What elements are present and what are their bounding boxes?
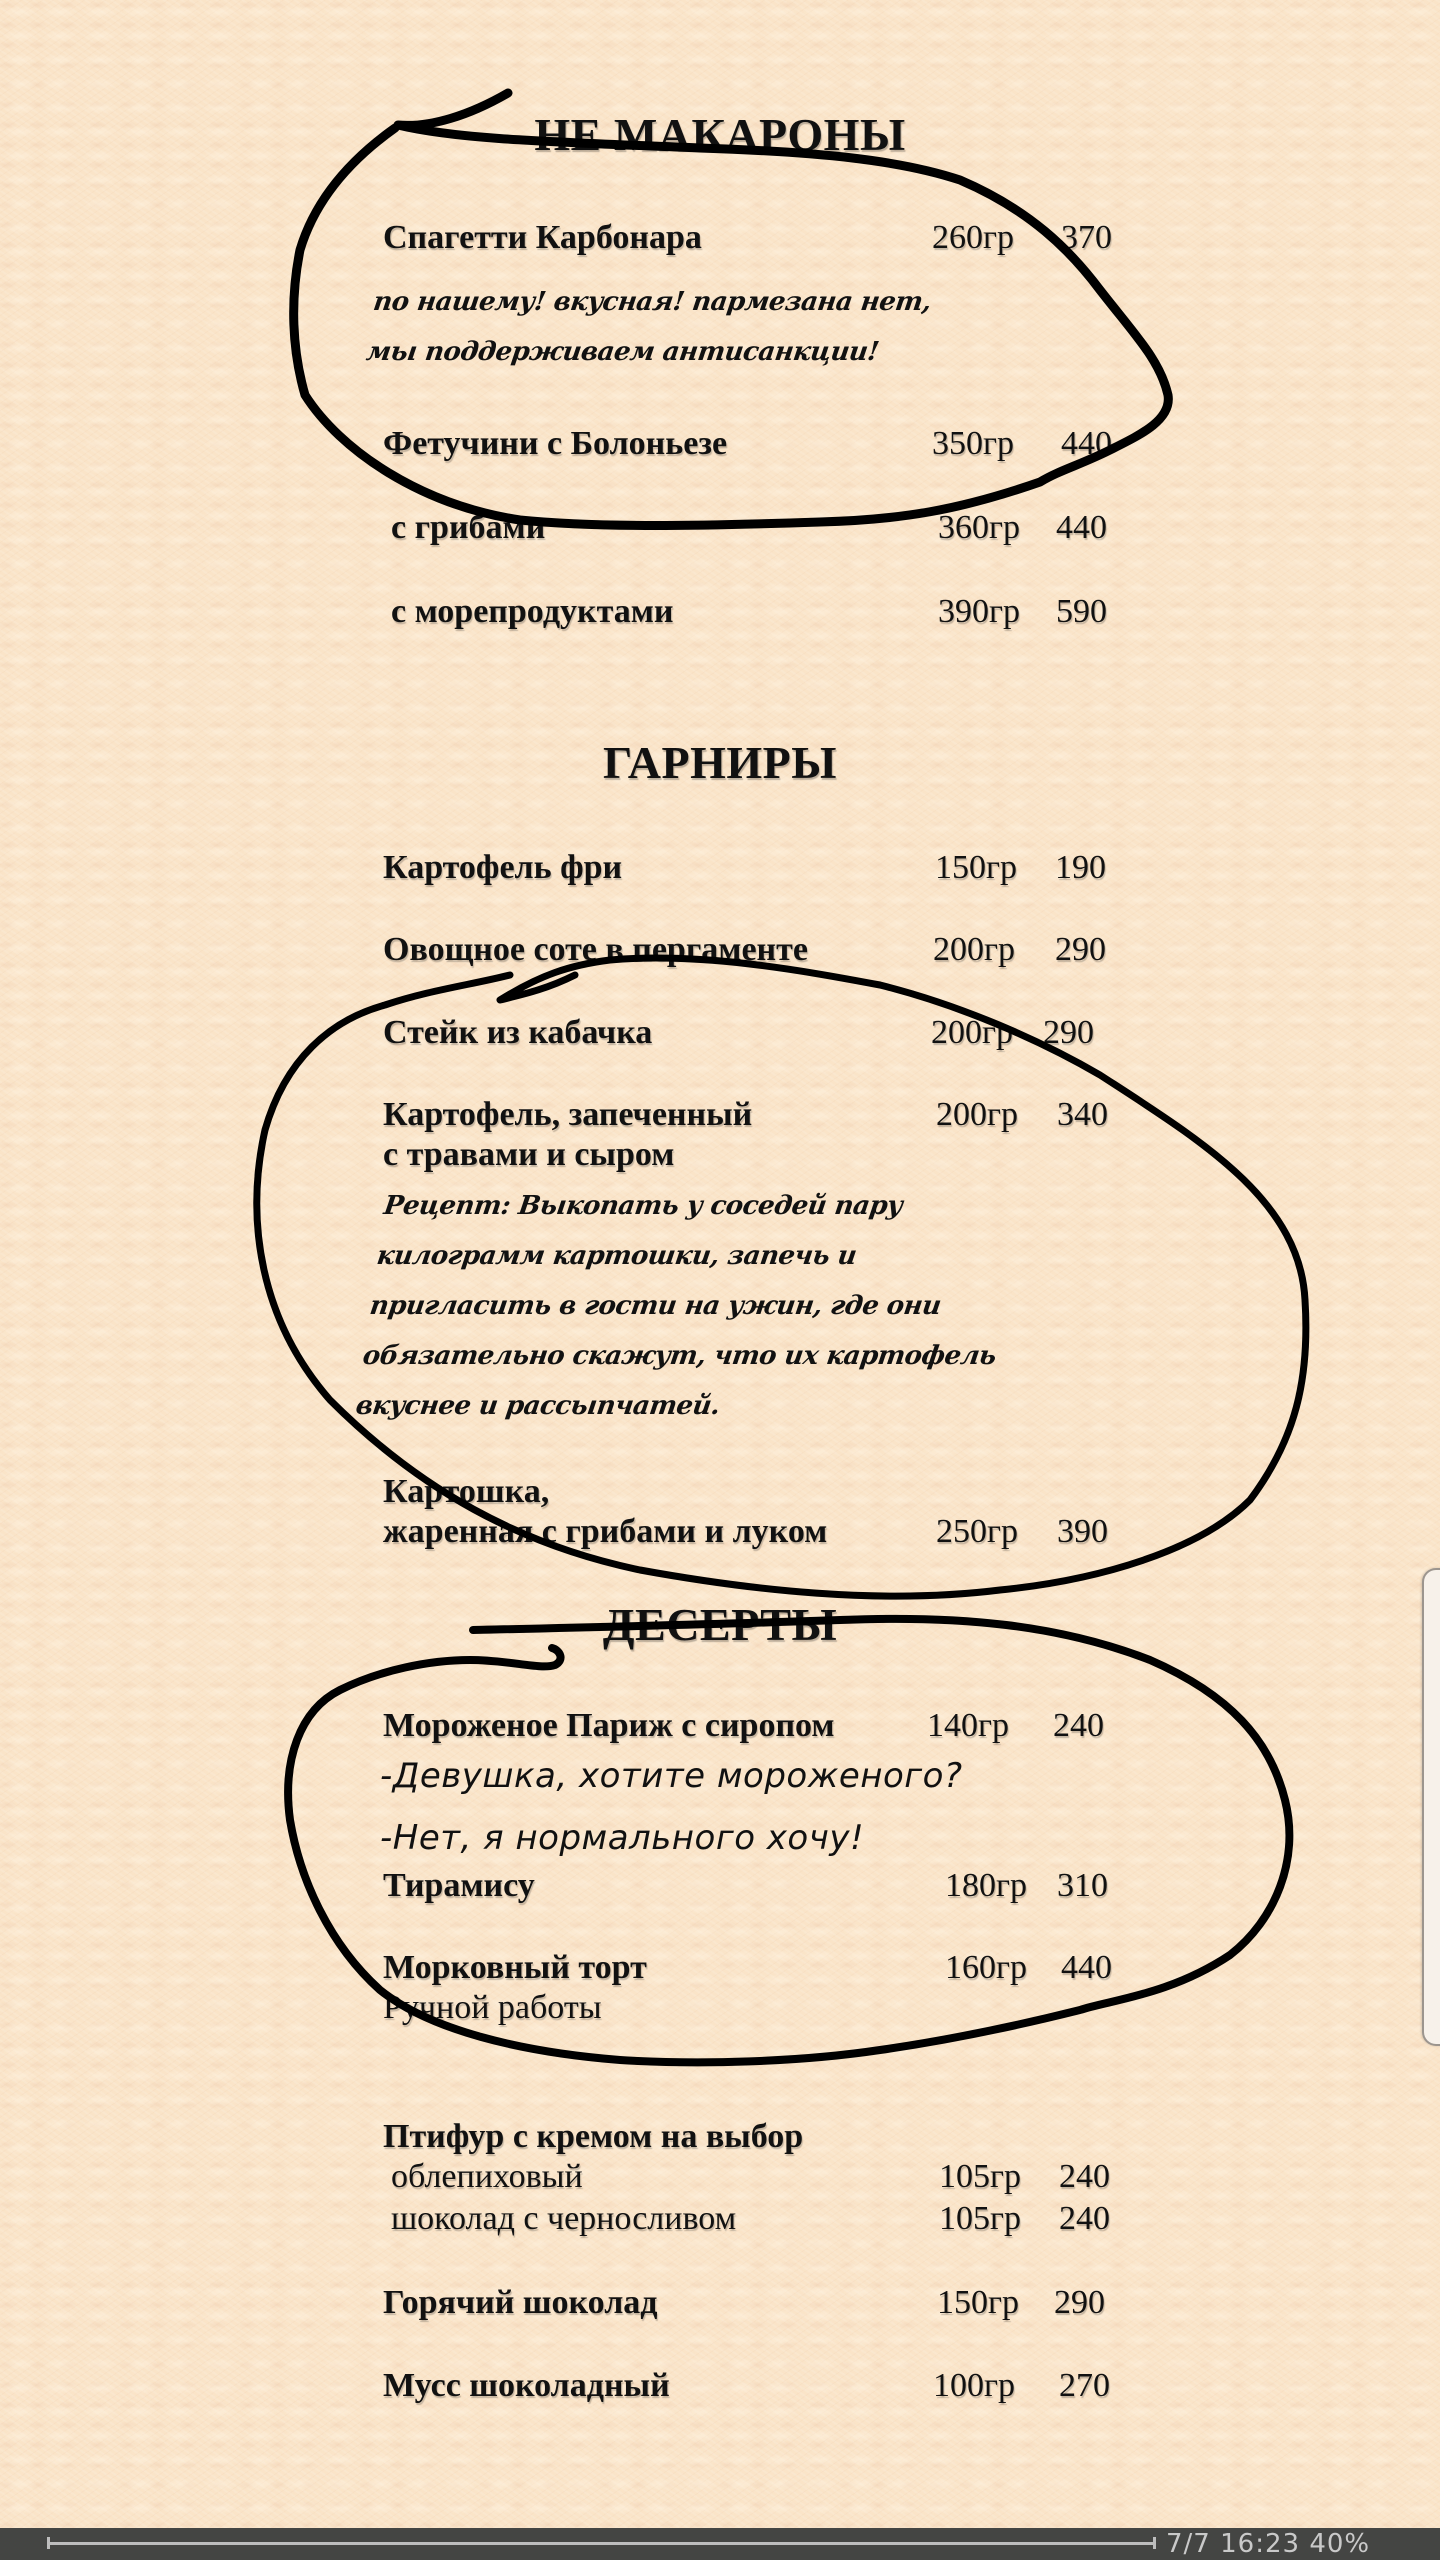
menu-item: с морепродуктами 390гр 590 — [383, 592, 1143, 632]
item-price: 290 — [1055, 930, 1106, 970]
menu-item: Мороженое Париж с сиропом 140гр 240 — [383, 1706, 1143, 1746]
item-price: 270 — [1059, 2366, 1110, 2406]
battery-level: 40% — [1309, 2529, 1370, 2559]
item-name: Птифур с кремом на выбор — [383, 2117, 1143, 2157]
menu-item: Мусс шоколадный 100гр 270 — [383, 2366, 1143, 2406]
section-heading-garnishes: ГАРНИРЫ — [0, 736, 1440, 789]
menu-item: Спагетти Карбонара 260гр 370 — [383, 218, 1143, 258]
item-name-line2: жаренная с грибами и луком — [383, 1512, 1143, 1552]
item-weight: 390гр — [938, 592, 1020, 632]
item-weight: 150гр — [935, 848, 1017, 888]
item-name: Горячий шоколад — [383, 2283, 1143, 2323]
note-line: вкуснее и рассыпчатей. — [352, 1381, 992, 1431]
item-name: Стейк из кабачка — [383, 1013, 1143, 1053]
menu-item: с грибами 360гр 440 — [383, 508, 1143, 548]
item-name: с грибами — [383, 508, 1143, 548]
item-weight: 250гр — [936, 1512, 1018, 1552]
page-indicator: 7/7 — [1166, 2529, 1211, 2559]
item-weight: 100гр — [933, 2366, 1015, 2406]
item-weight: 360гр — [938, 508, 1020, 548]
note-line: -Нет, я нормального хочу! — [380, 1807, 963, 1869]
handwritten-note-joke: -Девушка, хотите мороженого? -Нет, я нор… — [380, 1745, 963, 1869]
item-weight: 350гр — [932, 424, 1014, 464]
item-weight: 180гр — [945, 1866, 1027, 1906]
handwritten-note-recipe: Рецепт: Выкопать у соседей пару килограм… — [352, 1181, 1020, 1431]
menu-item: Овощное соте в пергаменте 200гр 290 — [383, 930, 1143, 970]
variant-weight: 105гр — [939, 2199, 1021, 2239]
reading-progress-bar[interactable] — [48, 2542, 1155, 2545]
item-price: 240 — [1053, 1706, 1104, 1746]
item-name: Картошка, — [383, 1472, 1143, 1512]
menu-item: Картофель фри 150гр 190 — [383, 848, 1143, 888]
menu-item: Тирамису 180гр 310 — [383, 1866, 1143, 1906]
item-name: Картофель, запеченный — [383, 1095, 1143, 1135]
progress-end-tick — [1153, 2537, 1156, 2549]
item-weight: 200гр — [936, 1095, 1018, 1135]
menu-item: Морковный торт Ручной работы 160гр 440 — [383, 1948, 1143, 2028]
note-line: -Девушка, хотите мороженого? — [380, 1745, 963, 1807]
section-heading-desserts: ДЕСЕРТЫ — [0, 1598, 1440, 1651]
menu-item: Картошка, жаренная с грибами и луком 250… — [383, 1472, 1143, 1552]
variant-row: шоколад с черносливом 105гр 240 — [383, 2199, 1143, 2239]
variant-price: 240 — [1059, 2157, 1110, 2197]
item-price: 340 — [1057, 1095, 1108, 1135]
variant-name: шоколад с черносливом — [383, 2199, 1143, 2239]
clock: 16:23 — [1220, 2529, 1300, 2559]
item-weight: 140гр — [927, 1706, 1009, 1746]
note-line: Рецепт: Выкопать у соседей пару — [381, 1181, 1021, 1231]
menu-item: Стейк из кабачка 200гр 290 — [383, 1013, 1143, 1053]
item-weight: 150гр — [937, 2283, 1019, 2323]
item-price: 290 — [1043, 1013, 1094, 1053]
item-weight: 160гр — [945, 1948, 1027, 1988]
menu-item: Фетучини с Болоньезе 350гр 440 — [383, 424, 1143, 464]
item-name: Спагетти Карбонара — [383, 218, 1143, 258]
status-info: 7/7 16:23 40% — [1166, 2528, 1370, 2560]
menu-item: Картофель, запеченный с травами и сыром … — [383, 1095, 1143, 1175]
item-price: 590 — [1056, 592, 1107, 632]
item-weight: 260гр — [932, 218, 1014, 258]
item-name: Тирамису — [383, 1866, 1143, 1906]
variant-row: облепиховый 105гр 240 — [383, 2157, 1143, 2197]
section-heading-not-pasta: НЕ МАКАРОНЫ — [0, 108, 1440, 161]
side-panel-handle[interactable] — [1422, 1568, 1440, 2046]
item-name: Морковный торт — [383, 1948, 1143, 1988]
item-subtitle: Ручной работы — [383, 1988, 1143, 2028]
item-name: Картофель фри — [383, 848, 1143, 888]
item-price: 310 — [1057, 1866, 1108, 1906]
menu-page: НЕ МАКАРОНЫ Спагетти Карбонара 260гр 370… — [0, 0, 1440, 2528]
item-weight: 200гр — [931, 1013, 1013, 1053]
menu-item: Горячий шоколад 150гр 290 — [383, 2283, 1143, 2323]
item-price: 440 — [1056, 508, 1107, 548]
item-price: 190 — [1055, 848, 1106, 888]
item-price: 440 — [1061, 1948, 1112, 1988]
reader-status-bar: 7/7 16:23 40% — [0, 2528, 1440, 2560]
item-name-line2: с травами и сыром — [383, 1135, 1143, 1175]
item-name: Мороженое Париж с сиропом — [383, 1706, 1143, 1746]
item-name: Фетучини с Болоньезе — [383, 424, 1143, 464]
item-name: Овощное соте в пергаменте — [383, 930, 1143, 970]
note-line: мы поддерживаем антисанкции! — [363, 327, 927, 377]
item-name: Мусс шоколадный — [383, 2366, 1143, 2406]
item-price: 440 — [1061, 424, 1112, 464]
item-name: с морепродуктами — [383, 592, 1143, 632]
item-price: 390 — [1057, 1512, 1108, 1552]
note-line: обязательно скажут, что их картофель — [359, 1331, 999, 1381]
variant-weight: 105гр — [939, 2157, 1021, 2197]
note-line: по нашему! вкусная! пармезана нет, — [370, 277, 934, 327]
progress-start-tick — [47, 2537, 50, 2549]
note-line: килограмм картошки, запечь и — [374, 1231, 1014, 1281]
item-weight: 200гр — [933, 930, 1015, 970]
item-price: 370 — [1061, 218, 1112, 258]
variant-name: облепиховый — [383, 2157, 1143, 2197]
note-line: пригласить в гости на ужин, где они — [366, 1281, 1006, 1331]
menu-item: Птифур с кремом на выбор облепиховый 105… — [383, 2117, 1143, 2239]
handwritten-note-carbonara: по нашему! вкусная! пармезана нет, мы по… — [363, 277, 934, 377]
variant-price: 240 — [1059, 2199, 1110, 2239]
item-price: 290 — [1054, 2283, 1105, 2323]
